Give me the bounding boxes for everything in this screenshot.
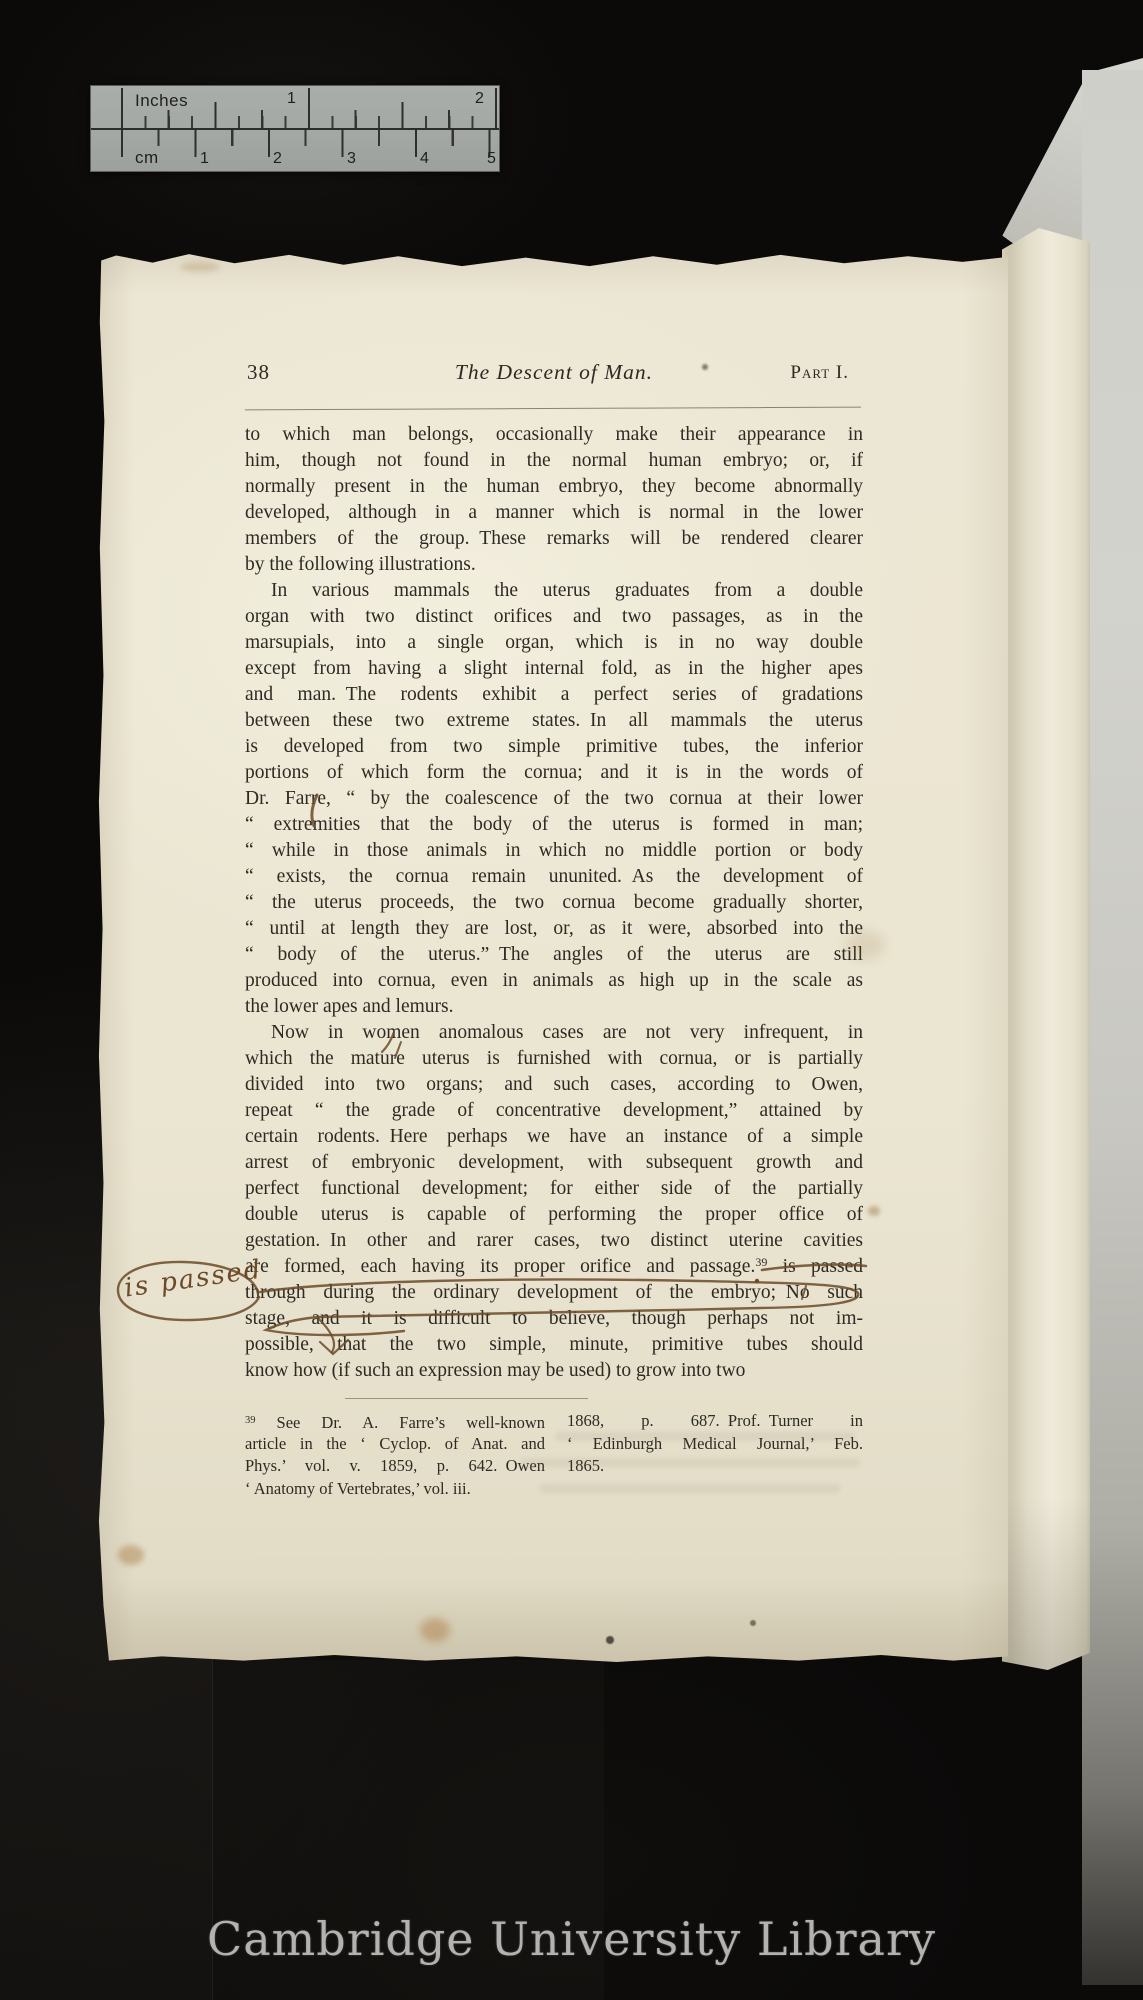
ruler-divider (91, 128, 499, 130)
running-title: The Descent of Man. (245, 360, 863, 385)
foxing-spot (868, 1206, 880, 1216)
footnote-marker: 39 (755, 1255, 767, 1269)
footnote-marker: 39 (245, 1415, 256, 1426)
text-line: “ while in those animals in which no mid… (245, 838, 863, 864)
text-line: except from having a slight internal fol… (245, 656, 863, 682)
text-line: members of the group. These remarks will… (245, 526, 863, 552)
text-line: certain rodents. Here perhaps we have an… (245, 1124, 863, 1150)
header-rule (245, 407, 861, 411)
ink-speck (606, 1636, 614, 1644)
text-line: by the following illustrations. (245, 552, 863, 578)
text-line-annotated: are formed, each having its proper orifi… (245, 1254, 863, 1280)
reference-ruler: Inches cm 1 2 1 2 3 4 5 (90, 85, 500, 172)
text-line: repeat “ the grade of concentrative deve… (245, 1098, 863, 1124)
text-line: possible, that the two simple, minute, p… (245, 1332, 863, 1358)
text-line: perfect functional development; for eith… (245, 1176, 863, 1202)
footnote-left-column: 39 See Dr. A. Farre’s well-known article… (245, 1410, 545, 1500)
text-line: him, though not found in the normal huma… (245, 448, 863, 474)
text-line: double uterus is capable of performing t… (245, 1202, 863, 1228)
ruler-inch-number: 1 (287, 90, 296, 108)
ruler-inch-number: 2 (475, 90, 484, 108)
ruler-cm-number: 5 (487, 150, 496, 168)
page-fold-edge (1002, 228, 1090, 1670)
text-line: to which man belongs, occasionally make … (245, 422, 863, 448)
footnote-right-column: 1868, p. 687. Prof. Turner in ‘ Edinburg… (567, 1410, 863, 1478)
text-line: “ extremities that the body of the uteru… (245, 812, 863, 838)
footnote-line: Phys.’ vol. v. 1859, p. 642. Owen (245, 1455, 545, 1478)
struck-out-words: is passed (783, 1256, 863, 1277)
text-line: between these two extreme states. In all… (245, 708, 863, 734)
text-line: gestation. In other and rarer cases, two… (245, 1228, 863, 1254)
show-through-text (555, 1432, 855, 1441)
text-line: organ with two distinct orifices and two… (245, 604, 863, 630)
library-watermark: Cambridge University Library (0, 1912, 1143, 1966)
text-line: and man. The rodents exhibit a perfect s… (245, 682, 863, 708)
text-line: know how (if such an expression may be u… (245, 1358, 863, 1384)
page-header: 38 The Descent of Man. Part I. (245, 360, 863, 390)
ruler-cm-number: 3 (347, 150, 356, 168)
foxing-spot (420, 1618, 450, 1642)
text-line: “ body of the uterus.” The angles of the… (245, 942, 863, 968)
footnote-line: article in the ‘ Cyclop. of Anat. and (245, 1433, 545, 1456)
text-line: divided into two organs; and such cases,… (245, 1072, 863, 1098)
footnote-separator (345, 1398, 588, 1399)
text-line: is developed from two simple primitive t… (245, 734, 863, 760)
text-line: produced into cornua, even in animals as… (245, 968, 863, 994)
footnote-line: 39 See Dr. A. Farre’s well-known (245, 1410, 545, 1433)
footnote-line: ‘ Anatomy of Vertebrates,’ vol. iii. (245, 1478, 545, 1501)
text-line: which the mature uterus is furnished wit… (245, 1046, 863, 1072)
annotated-line-text: are formed, each having its proper orifi… (245, 1256, 755, 1277)
foxing-spot (845, 930, 885, 960)
text-line: developed, although in a manner which is… (245, 500, 863, 526)
text-line: arrest of embryonic development, with su… (245, 1150, 863, 1176)
ink-speck (750, 1620, 756, 1626)
text-line: “ until at length they are lost, or, as … (245, 916, 863, 942)
ruler-cm-number: 2 (273, 150, 282, 168)
footnote-line: 1868, p. 687. Prof. Turner in (567, 1410, 863, 1433)
text-line: In various mammals the uterus graduates … (245, 578, 863, 604)
photograph-of-book-page: Inches cm 1 2 1 2 3 4 5 38 The Descent o… (0, 0, 1143, 2000)
body-text: to which man belongs, occasionally make … (245, 422, 863, 1384)
part-label: Part I. (790, 362, 849, 384)
text-line: normally present in the human embryo, th… (245, 474, 863, 500)
ink-speck (702, 364, 708, 370)
show-through-text (520, 1458, 860, 1467)
ruler-cm-number: 4 (420, 150, 429, 168)
text-line: stage, and it is difficult to believe, t… (245, 1306, 863, 1332)
text-line: marsupials, into a single organ, which i… (245, 630, 863, 656)
foxing-spot (118, 1545, 144, 1565)
ruler-cm-number: 1 (200, 150, 209, 168)
text-line: portions of which form the cornua; and i… (245, 760, 863, 786)
text-line: through during the ordinary development … (245, 1280, 863, 1306)
text-line: Now in women anomalous cases are not ver… (245, 1020, 863, 1046)
text-line: the lower apes and lemurs. (245, 994, 863, 1020)
book-page: 38 The Descent of Man. Part I. to which … (98, 252, 1008, 1662)
foxing-spot (180, 262, 220, 272)
text-line: “ the uterus proceeds, the two cornua be… (245, 890, 863, 916)
facing-page-edge (1082, 70, 1143, 1985)
show-through-text (540, 1484, 840, 1493)
ruler-cm-label: cm (135, 148, 159, 168)
text-line: Dr. Farre, “ by the coalescence of the t… (245, 786, 863, 812)
ruler-inches-label: Inches (135, 91, 188, 111)
text-line: “ exists, the cornua remain ununited. As… (245, 864, 863, 890)
